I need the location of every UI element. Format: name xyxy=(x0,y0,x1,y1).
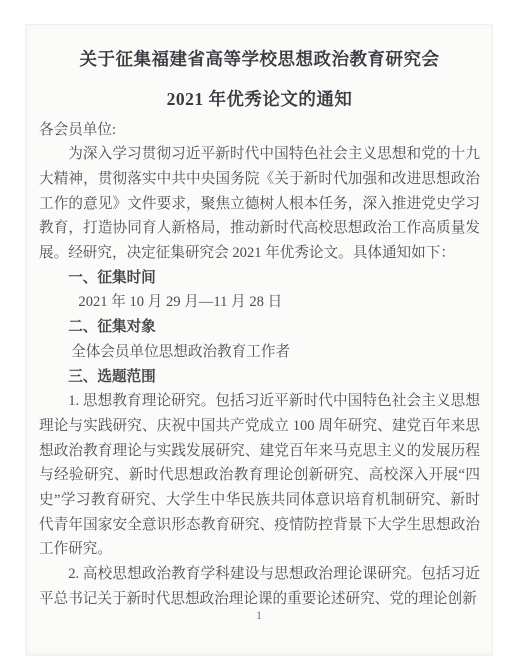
page-number: 1 xyxy=(26,610,492,622)
topic-item-2: 2. 高校思想政治教育学科建设与思想政治理论课研究。包括习近平总书记关于新时代思… xyxy=(39,562,480,611)
collection-period-line: 2021 年 10 月 29 月—11 月 28 日 xyxy=(39,290,480,315)
salutation: 各会员单位: xyxy=(39,118,480,143)
document-page: 关于征集福建省高等学校思想政治教育研究会 2021 年优秀论文的通知 各会员单位… xyxy=(25,24,493,656)
collection-target-line: 全体会员单位思想政治教育工作者 xyxy=(39,340,480,365)
document-body: 各会员单位: 为深入学习贯彻习近平新时代中国特色社会主义思想和党的十九大精神，贯… xyxy=(39,118,480,612)
topic-item-1: 1. 思想教育理论研究。包括习近平新时代中国特色社会主义思想理论与实践研究、庆祝… xyxy=(39,389,480,562)
doc-title-line1: 关于征集福建省高等学校思想政治教育研究会 xyxy=(39,48,480,71)
intro-paragraph: 为深入学习贯彻习近平新时代中国特色社会主义思想和党的十九大精神，贯彻落实中共中央… xyxy=(39,142,480,266)
doc-title-line2: 2021 年优秀论文的通知 xyxy=(39,88,480,111)
section-heading-collection-target: 二、征集对象 xyxy=(39,315,480,340)
section-heading-collection-time: 一、征集时间 xyxy=(39,266,480,291)
document-content: 关于征集福建省高等学校思想政治教育研究会 2021 年优秀论文的通知 各会员单位… xyxy=(26,25,492,612)
section-heading-topic-scope: 三、选题范围 xyxy=(39,365,480,390)
scanned-document-canvas: 关于征集福建省高等学校思想政治教育研究会 2021 年优秀论文的通知 各会员单位… xyxy=(0,0,520,672)
